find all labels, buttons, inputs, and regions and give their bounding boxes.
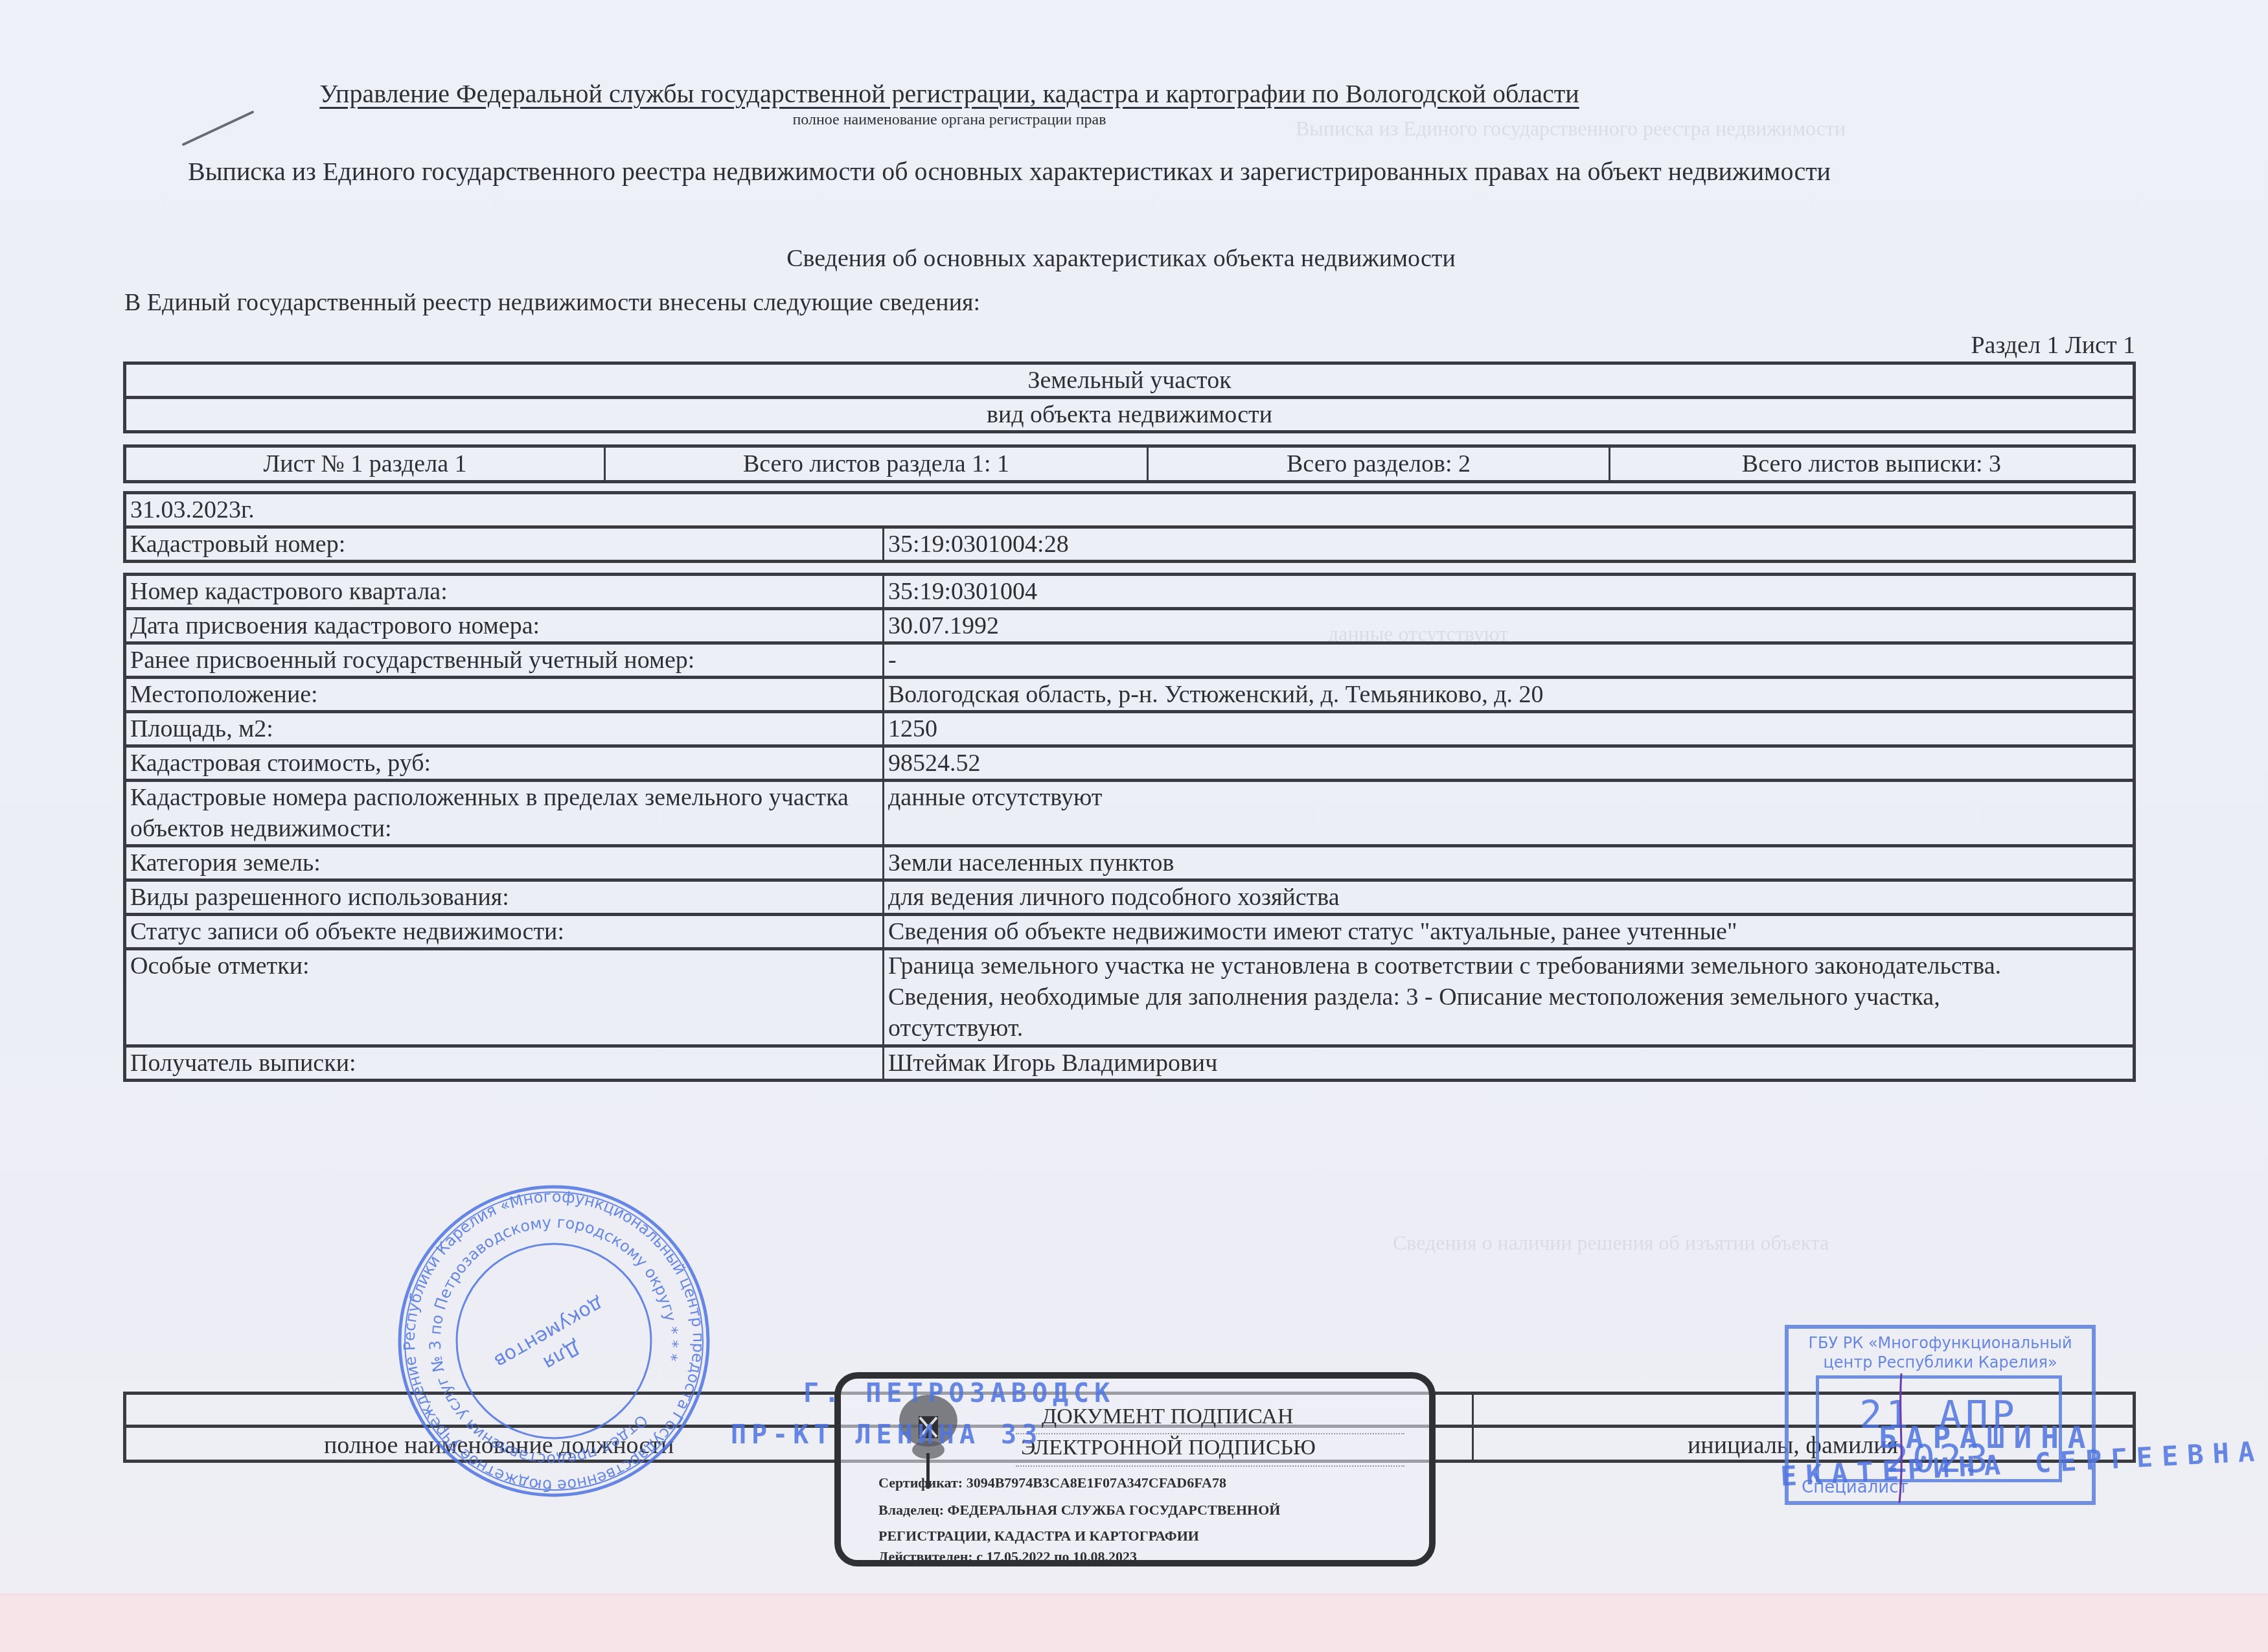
esign-line2: ЭЛЕКТРОННОЙ ПОДПИСЬЮ (1021, 1436, 1316, 1460)
date-stamp-org-line2: центр Республики Карелия» (1789, 1353, 2092, 1371)
property-row: Категория земель: Земли населенных пункт… (126, 844, 2133, 878)
registration-authority-text: Управление Федеральной службы государств… (319, 79, 1579, 108)
property-row: Площадь, м2: 1250 (126, 710, 2133, 744)
property-row: Виды разрешенного использования: для вед… (126, 878, 2133, 913)
intro-line: В Единый государственный реестр недвижим… (124, 289, 980, 317)
property-value: - (882, 645, 2133, 676)
sheets-in-section: Всего листов раздела 1: 1 (604, 448, 1147, 480)
property-value: 98524.52 (882, 748, 2133, 779)
property-label: Виды разрешенного использования: (126, 882, 882, 913)
cadastral-number-row: Кадастровый номер: 35:19:0301004:28 (126, 525, 2133, 560)
address-stamp-line1: Г. ПЕТРОЗАВОДСК (803, 1379, 1115, 1408)
property-label: Ранее присвоенный государственный учетны… (126, 645, 882, 676)
date-stamp-org-line1: ГБУ РК «Многофункциональный (1789, 1334, 2092, 1352)
property-row: Кадастровая стоимость, руб: 98524.52 (126, 744, 2133, 779)
record-date-row: 31.03.2023г. (126, 494, 2133, 525)
section-heading: Сведения об основных характеристиках объ… (0, 245, 2268, 273)
property-row: Кадастровые номера расположенных в преде… (126, 779, 2133, 844)
bleed-through-text: Сведения о наличии решения об изъятии об… (1393, 1231, 1829, 1255)
document-page: Выписка из Единого государственного реес… (0, 0, 2268, 1594)
property-value: Сведения об объекте недвижимости имеют с… (882, 916, 2133, 947)
property-label: Местоположение: (126, 679, 882, 710)
object-type-caption-row: вид объекта недвижимости (126, 396, 2133, 430)
esign-certificate: Сертификат: 3094B7974B3CA8E1F07A347CFAD6… (878, 1474, 1226, 1491)
property-value: Граница земельного участка не установлен… (882, 950, 2133, 1044)
object-type-table: Земельный участок вид объекта недвижимос… (123, 361, 2136, 433)
property-row: Ранее присвоенный государственный учетны… (126, 641, 2133, 676)
property-row: Статус записи об объекте недвижимости: С… (126, 913, 2133, 947)
property-value: Штеймак Игорь Владимирович (882, 1048, 2133, 1079)
object-type-value: Земельный участок (126, 365, 2133, 396)
record-header-table: 31.03.2023г. Кадастровый номер: 35:19:03… (123, 491, 2136, 563)
esign-validity: Действителен: с 17.05.2022 по 10.08.2023 (878, 1548, 1137, 1565)
property-row: Получатель выписки: Штеймак Игорь Владим… (126, 1044, 2133, 1079)
property-row: Дата присвоения кадастрового номера: 30.… (126, 607, 2133, 641)
property-row: Особые отметки: Граница земельного участ… (126, 947, 2133, 1044)
property-label: Получатель выписки: (126, 1048, 882, 1079)
property-value: 30.07.1992 (882, 610, 2133, 641)
property-label: Кадастровые номера расположенных в преде… (126, 782, 882, 844)
scanner-bottom-strip (0, 1594, 2268, 1652)
property-label: Номер кадастрового квартала: (126, 576, 882, 607)
round-seal-stamp: Государственное бюджетное учреждение Рес… (395, 1182, 713, 1500)
dotted-divider (1016, 1465, 1404, 1467)
cadastral-number-label: Кадастровый номер: (126, 529, 882, 560)
property-label: Статус записи об объекте недвижимости: (126, 916, 882, 947)
total-sections: Всего разделов: 2 (1147, 448, 1609, 480)
registration-authority: Управление Федеральной службы государств… (0, 79, 2268, 109)
pen-signature-icon (1892, 1373, 1911, 1503)
sheet-number: Лист № 1 раздела 1 (126, 448, 604, 480)
esign-owner-line1: Владелец: ФЕДЕРАЛЬНАЯ СЛУЖБА ГОСУДАРСТВЕ… (878, 1502, 1280, 1519)
registration-authority-caption-text: полное наименование органа регистрации п… (792, 111, 1106, 128)
dotted-divider (1016, 1433, 1404, 1434)
property-value: 1250 (882, 713, 2133, 744)
record-date: 31.03.2023г. (126, 494, 258, 525)
document-title: Выписка из Единого государственного реес… (188, 157, 1831, 187)
signature-column-divider (1472, 1395, 1474, 1460)
property-label: Кадастровая стоимость, руб: (126, 748, 882, 779)
sheet-info-row: Лист № 1 раздела 1 Всего листов раздела … (126, 448, 2133, 480)
property-label: Площадь, м2: (126, 713, 882, 744)
property-value: для ведения личного подсобного хозяйства (882, 882, 2133, 913)
total-sheets: Всего листов выписки: 3 (1609, 448, 2133, 480)
property-label: Дата присвоения кадастрового номера: (126, 610, 882, 641)
property-row: Номер кадастрового квартала: 35:19:03010… (126, 576, 2133, 607)
property-table: Номер кадастрового квартала: 35:19:03010… (123, 573, 2136, 1082)
section-heading-text: Сведения об основных характеристиках объ… (786, 245, 1456, 272)
property-value: Земли населенных пунктов (882, 847, 2133, 878)
address-stamp-line2: ПР-КТ ЛЕНИНА 33 (731, 1420, 1042, 1450)
sheet-info-table: Лист № 1 раздела 1 Всего листов раздела … (123, 444, 2136, 483)
property-label: Категория земель: (126, 847, 882, 878)
registration-authority-caption: полное наименование органа регистрации п… (0, 111, 2268, 130)
property-row: Местоположение: Вологодская область, р-н… (126, 676, 2133, 710)
sheet-reference: Раздел 1 Лист 1 (1971, 332, 2135, 360)
esign-owner-line2: РЕГИСТРАЦИИ, КАДАСТРА И КАРТОГРАФИИ (878, 1528, 1199, 1544)
cadastral-number-value: 35:19:0301004:28 (882, 529, 2133, 560)
property-label: Особые отметки: (126, 950, 882, 1044)
object-type-caption: вид объекта недвижимости (126, 399, 2133, 430)
property-value: данные отсутствуют (882, 782, 2133, 844)
object-type-row: Земельный участок (126, 365, 2133, 396)
property-value: 35:19:0301004 (882, 576, 2133, 607)
property-value: Вологодская область, р-н. Устюженский, д… (882, 679, 2133, 710)
